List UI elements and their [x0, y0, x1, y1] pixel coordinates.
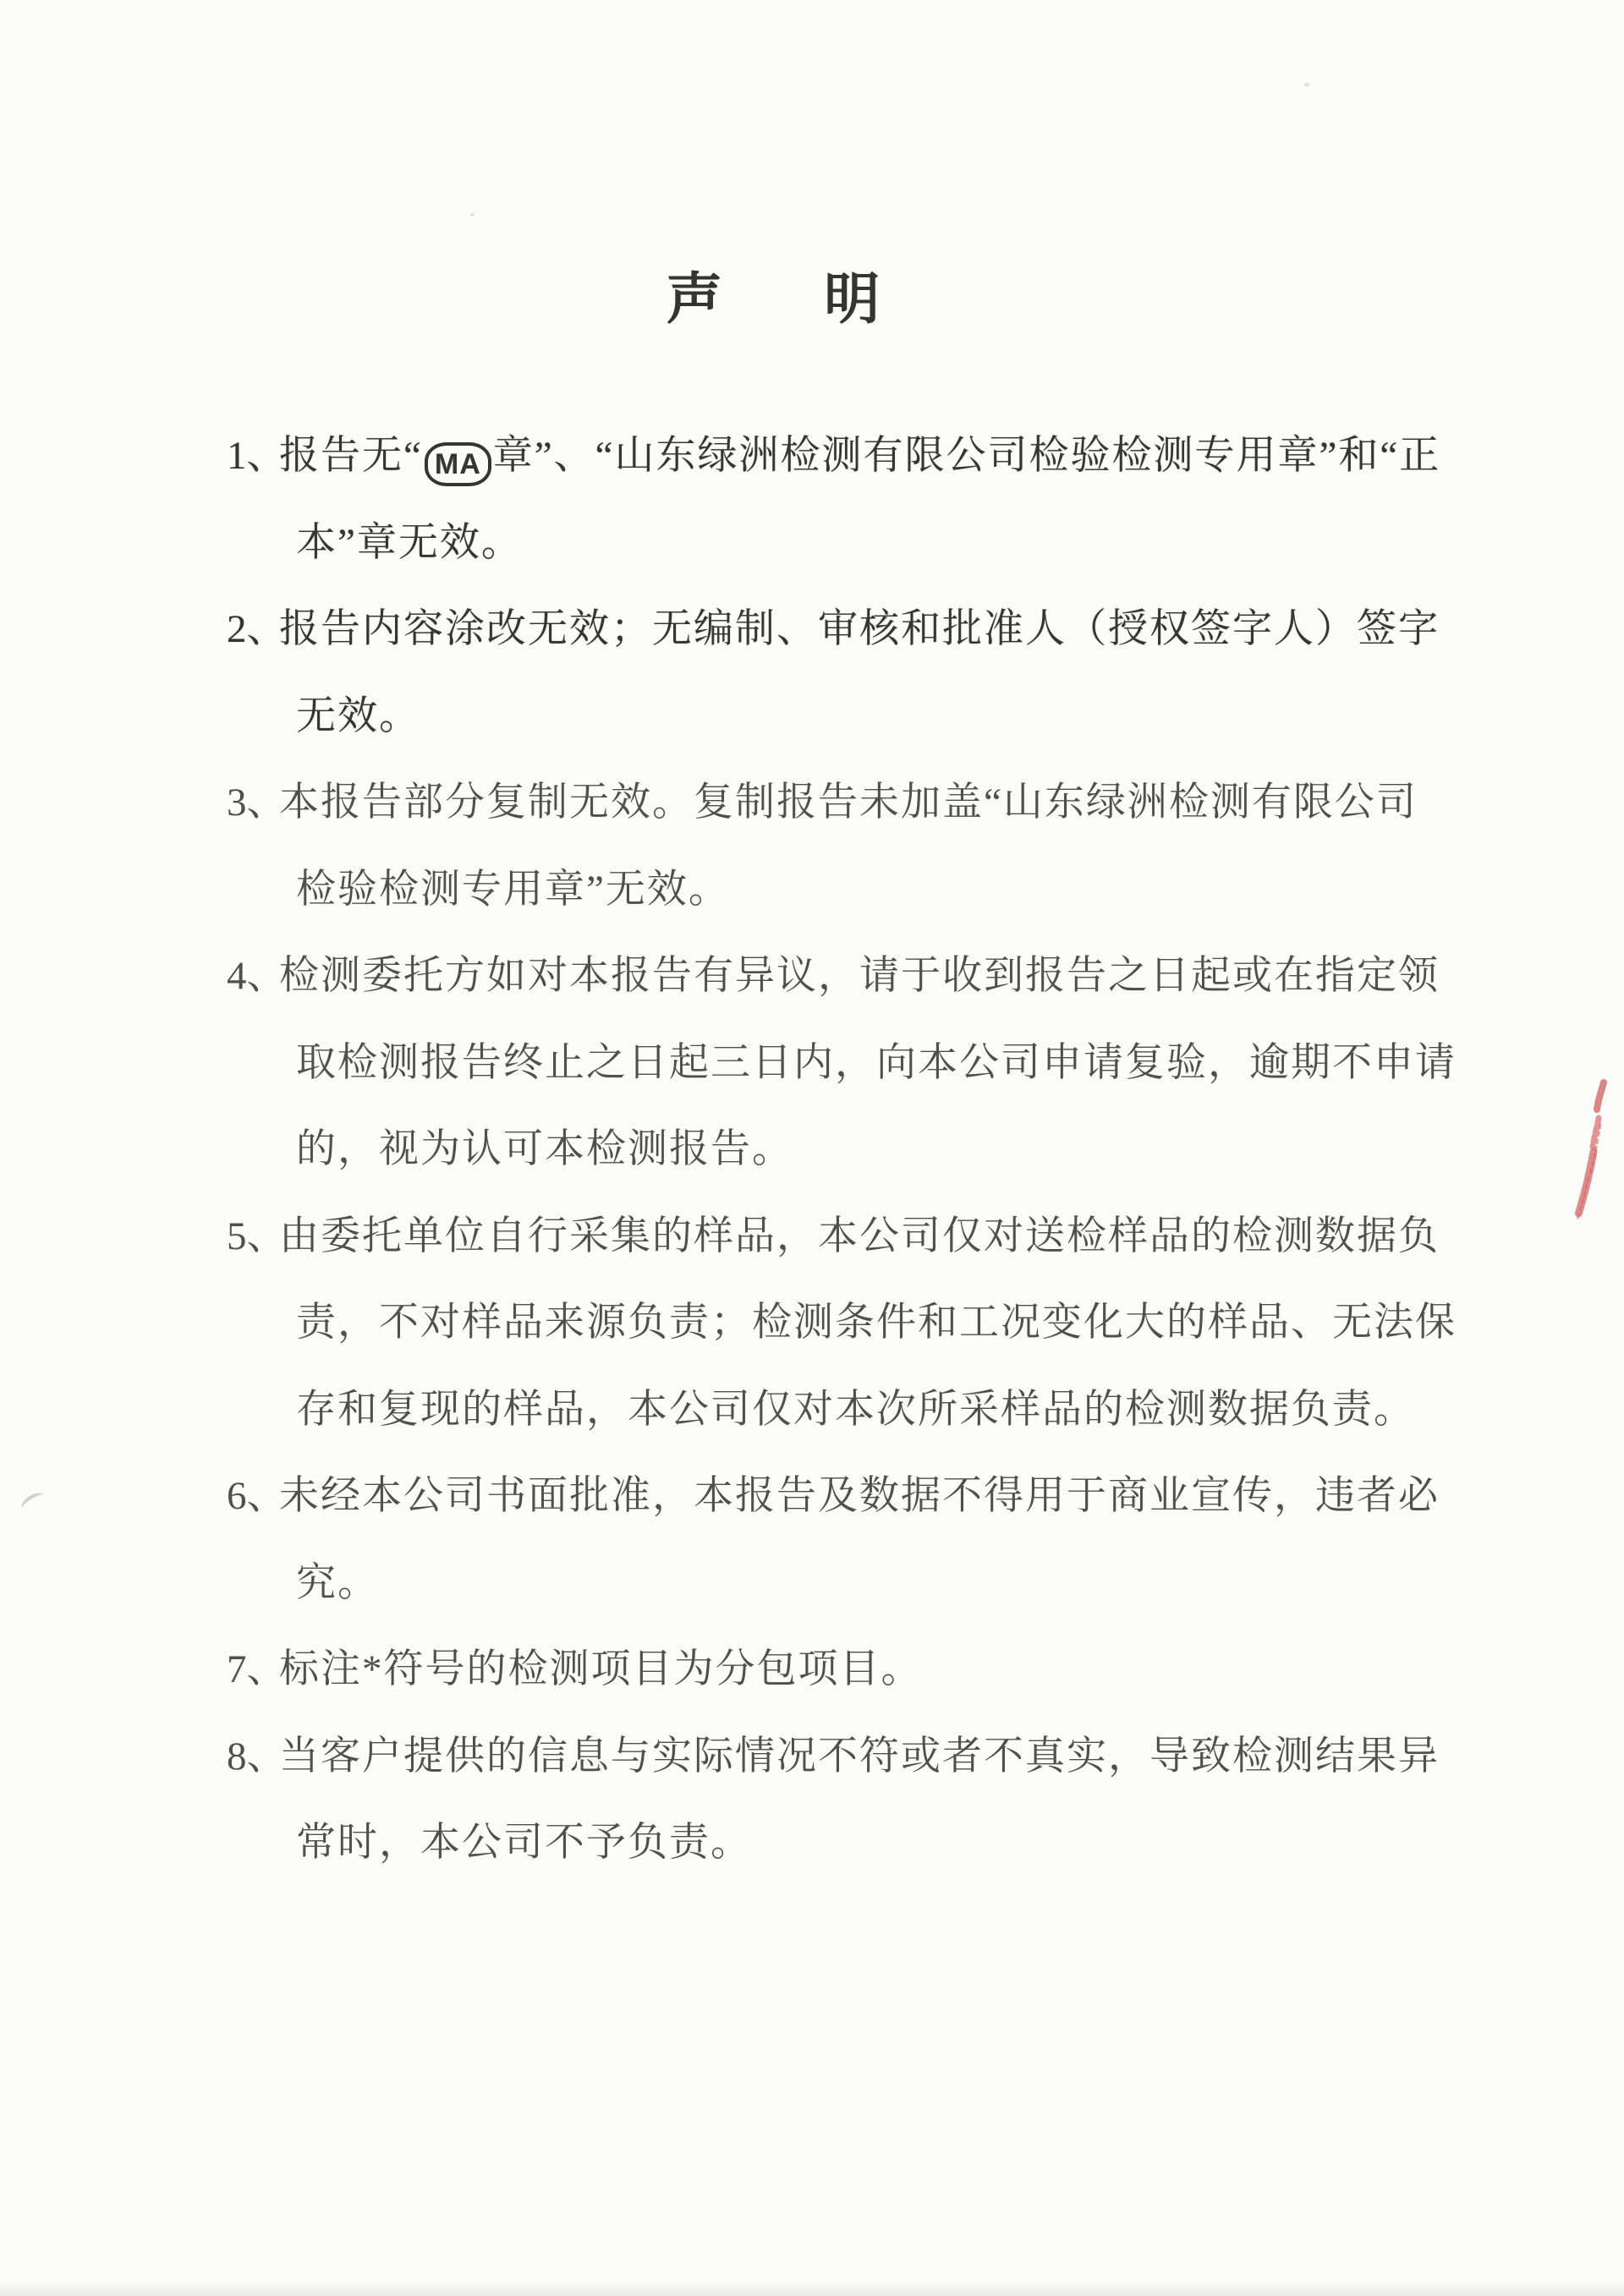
statement-item-2: 2、报告内容涂改无效；无编制、审核和批准人（授权签字人）签字无效。: [227, 586, 1457, 759]
item-number: 5、: [227, 1193, 279, 1280]
statement-item-4-line-1: 4、检测委托方如对本报告有异议，请于收到报告之日起或在指定领: [227, 933, 1457, 1020]
statement-item-7: 7、标注*符号的检测项目为分包项目。: [227, 1626, 1457, 1713]
statement-text: 本”章无效。: [296, 521, 523, 565]
item-number: 4、: [227, 933, 279, 1020]
red-ink-mark: [1566, 1076, 1621, 1236]
statement-text: 究。: [296, 1561, 379, 1605]
statement-text: 的，视为认可本检测报告。: [296, 1127, 793, 1171]
statement-text: 当客户提供的信息与实际情况不符或者不真实，导致检测结果异: [279, 1734, 1440, 1778]
title-char-ming: 明: [824, 254, 880, 334]
statement-text: 章”、“山东绿洲检测有限公司检验检测专用章”和“正: [493, 434, 1440, 478]
statement-item-8-line-2: 常时，本公司不予负责。: [227, 1800, 1457, 1887]
statement-item-3-line-1: 3、本报告部分复制无效。复制报告未加盖“山东绿洲检测有限公司: [227, 759, 1457, 847]
statement-item-3: 3、本报告部分复制无效。复制报告未加盖“山东绿洲检测有限公司检验检测专用章”无效…: [227, 759, 1457, 933]
statement-item-1-line-1: 1、报告无“MA章”、“山东绿洲检测有限公司检验检测专用章”和“正: [227, 413, 1457, 500]
document-title: 声 明: [0, 254, 1585, 334]
item-number: 6、: [227, 1453, 279, 1540]
statement-text: 责，不对样品来源负责；检测条件和工况变化大的样品、无法保: [296, 1301, 1457, 1345]
item-number: 1、: [227, 413, 279, 500]
statement-text: 标注*符号的检测项目为分包项目。: [279, 1647, 923, 1691]
item-number: 3、: [227, 759, 279, 847]
statement-item-1: 1、报告无“MA章”、“山东绿洲检测有限公司检验检测专用章”和“正本”章无效。: [227, 413, 1457, 586]
statement-text: 检测委托方如对本报告有异议，请于收到报告之日起或在指定领: [279, 954, 1440, 998]
scanned-document-page: 声 明 1、报告无“MA章”、“山东绿洲检测有限公司检验检测专用章”和“正本”章…: [0, 0, 1624, 2296]
statement-item-6-line-1: 6、未经本公司书面批准，本报告及数据不得用于商业宣传，违者必: [227, 1453, 1457, 1540]
statement-item-4-line-3: 的，视为认可本检测报告。: [227, 1106, 1457, 1193]
statement-text: 本报告部分复制无效。复制报告未加盖“山东绿洲检测有限公司: [279, 781, 1418, 825]
statement-item-1-line-2: 本”章无效。: [227, 500, 1457, 587]
scan-speck: [1304, 83, 1309, 86]
statement-text: 存和复现的样品，本公司仅对本次所采样品的检测数据负责。: [296, 1388, 1415, 1432]
statement-item-2-line-1: 2、报告内容涂改无效；无编制、审核和批准人（授权签字人）签字: [227, 586, 1457, 673]
statement-item-3-line-2: 检验检测专用章”无效。: [227, 847, 1457, 934]
statement-text: 取检测报告终止之日起三日内，向本公司申请复验，逾期不申请: [296, 1041, 1457, 1085]
statement-item-4-line-2: 取检测报告终止之日起三日内，向本公司申请复验，逾期不申请: [227, 1020, 1457, 1107]
statement-item-5: 5、由委托单位自行采集的样品，本公司仅对送检样品的检测数据负责，不对样品来源负责…: [227, 1193, 1457, 1454]
item-number: 7、: [227, 1626, 279, 1713]
statement-item-6: 6、未经本公司书面批准，本报告及数据不得用于商业宣传，违者必究。: [227, 1453, 1457, 1626]
scan-speck: [470, 213, 475, 216]
statement-item-6-line-2: 究。: [227, 1540, 1457, 1627]
title-char-sheng: 声: [667, 254, 722, 334]
statement-item-4: 4、检测委托方如对本报告有异议，请于收到报告之日起或在指定领取检测报告终止之日起…: [227, 933, 1457, 1193]
statement-item-5-line-3: 存和复现的样品，本公司仅对本次所采样品的检测数据负责。: [227, 1367, 1457, 1454]
scan-smudge: [19, 1489, 47, 1514]
statement-text: 检验检测专用章”无效。: [296, 868, 730, 912]
cma-stamp-icon: MA: [425, 442, 491, 486]
statement-text: 无效。: [296, 694, 420, 738]
statement-item-7-line-1: 7、标注*符号的检测项目为分包项目。: [227, 1626, 1457, 1713]
statement-text: 报告内容涂改无效；无编制、审核和批准人（授权签字人）签字: [279, 607, 1440, 651]
statement-item-2-line-2: 无效。: [227, 673, 1457, 760]
statement-list: 1、报告无“MA章”、“山东绿洲检测有限公司检验检测专用章”和“正本”章无效。2…: [227, 413, 1457, 1887]
statement-item-8: 8、当客户提供的信息与实际情况不符或者不真实，导致检测结果异常时，本公司不予负责…: [227, 1713, 1457, 1887]
statement-item-5-line-1: 5、由委托单位自行采集的样品，本公司仅对送检样品的检测数据负: [227, 1193, 1457, 1280]
statement-item-8-line-1: 8、当客户提供的信息与实际情况不符或者不真实，导致检测结果异: [227, 1713, 1457, 1800]
item-number: 8、: [227, 1713, 279, 1800]
statement-text: 未经本公司书面批准，本报告及数据不得用于商业宣传，违者必: [279, 1474, 1440, 1518]
statement-text: 由委托单位自行采集的样品，本公司仅对送检样品的检测数据负: [279, 1214, 1440, 1258]
statement-text: 报告无“: [279, 434, 423, 478]
statement-item-5-line-2: 责，不对样品来源负责；检测条件和工况变化大的样品、无法保: [227, 1280, 1457, 1367]
item-number: 2、: [227, 586, 279, 673]
statement-text: 常时，本公司不予负责。: [296, 1821, 752, 1865]
